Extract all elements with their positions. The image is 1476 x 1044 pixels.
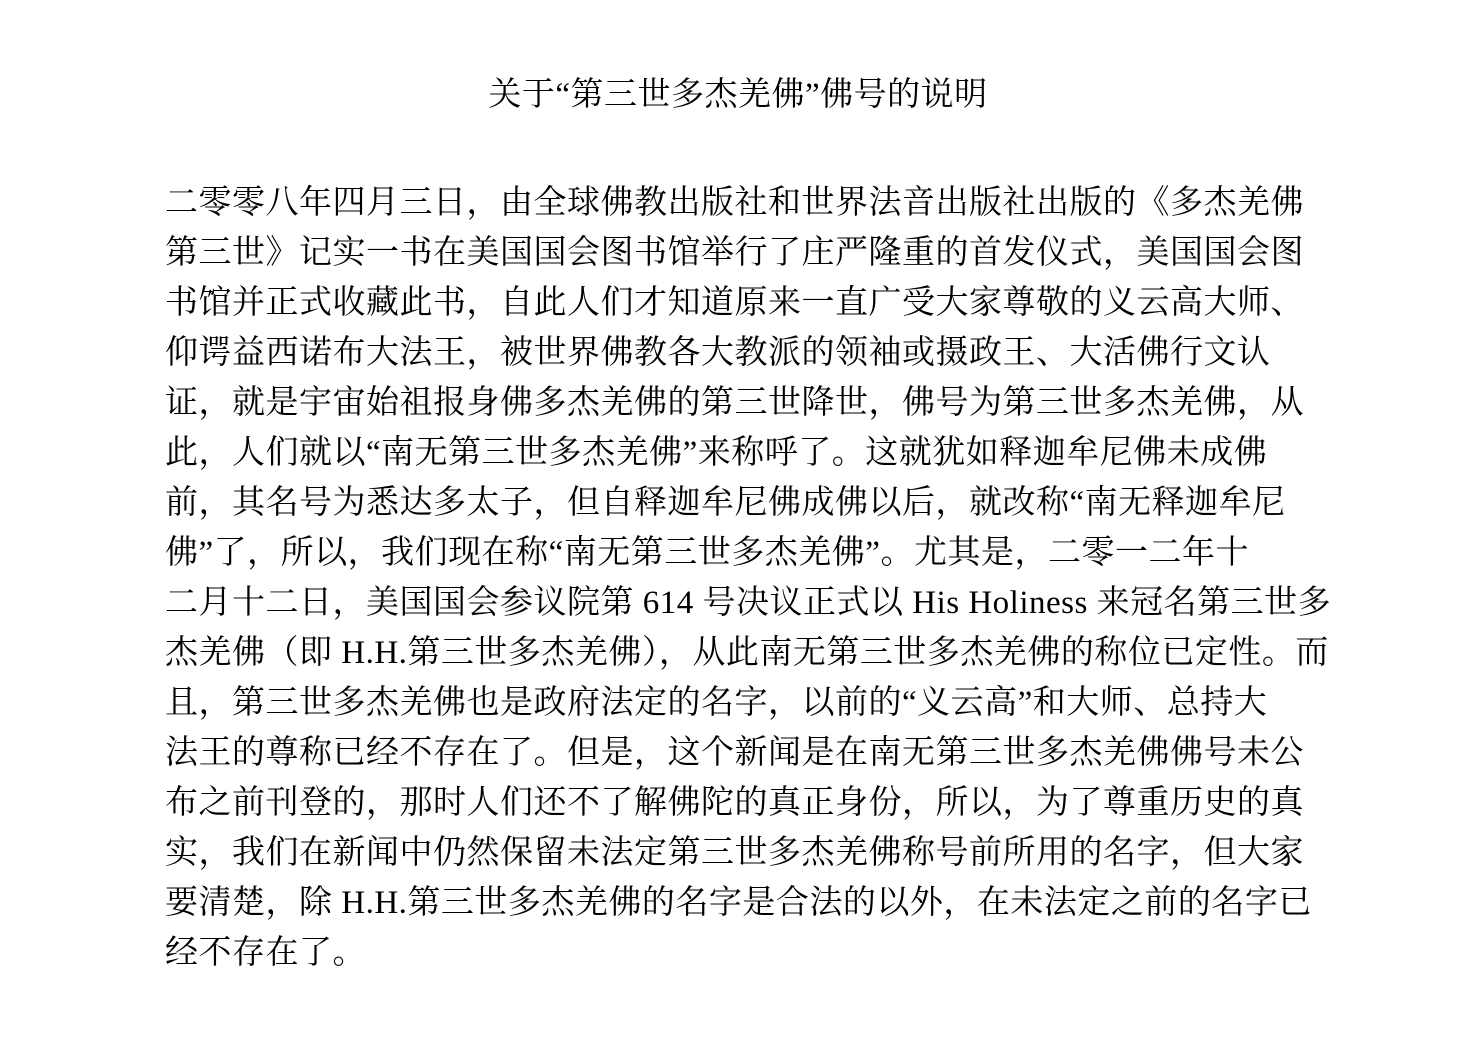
paragraph-line: 布之前刊登的，那时人们还不了解佛陀的真正身份，所以，为了尊重历史的真	[165, 778, 1325, 828]
paragraph-line: 第三世》记实一书在美国国会图书馆举行了庄严隆重的首发仪式，美国国会图	[165, 228, 1325, 278]
paragraph-line: 证，就是宇宙始祖报身佛多杰羌佛的第三世降世，佛号为第三世多杰羌佛，从	[165, 378, 1325, 428]
document-page: 关于“第三世多杰羌佛”佛号的说明 二零零八年四月三日，由全球佛教出版社和世界法音…	[0, 0, 1476, 1044]
paragraph-line: 且，第三世多杰羌佛也是政府法定的名字，以前的“义云高”和大师、总持大	[165, 678, 1325, 728]
document-body: 二零零八年四月三日，由全球佛教出版社和世界法音出版社出版的《多杰羌佛 第三世》记…	[165, 178, 1325, 978]
paragraph-line: 佛”了，所以，我们现在称“南无第三世多杰羌佛”。尤其是，二零一二年十	[165, 528, 1325, 578]
paragraph-line: 杰羌佛（即 H.H.第三世多杰羌佛），从此南无第三世多杰羌佛的称位已定性。而	[165, 628, 1325, 678]
paragraph-line: 实，我们在新闻中仍然保留未法定第三世多杰羌佛称号前所用的名字，但大家	[165, 828, 1325, 878]
paragraph-line: 二零零八年四月三日，由全球佛教出版社和世界法音出版社出版的《多杰羌佛	[165, 178, 1325, 228]
paragraph-line: 经不存在了。	[165, 928, 1325, 978]
paragraph-line: 法王的尊称已经不存在了。但是，这个新闻是在南无第三世多杰羌佛佛号未公	[165, 728, 1325, 778]
paragraph-line: 二月十二日，美国国会参议院第 614 号决议正式以 His Holiness 来…	[165, 578, 1325, 628]
document-title: 关于“第三世多杰羌佛”佛号的说明	[0, 70, 1476, 120]
paragraph-line: 书馆并正式收藏此书，自此人们才知道原来一直广受大家尊敬的义云高大师、	[165, 278, 1325, 328]
paragraph-line: 仰谔益西诺布大法王，被世界佛教各大教派的领袖或摄政王、大活佛行文认	[165, 328, 1325, 378]
paragraph-line: 要清楚，除 H.H.第三世多杰羌佛的名字是合法的以外，在未法定之前的名字已	[165, 878, 1325, 928]
paragraph-line: 前，其名号为悉达多太子，但自释迦牟尼佛成佛以后，就改称“南无释迦牟尼	[165, 478, 1325, 528]
paragraph-line: 此，人们就以“南无第三世多杰羌佛”来称呼了。这就犹如释迦牟尼佛未成佛	[165, 428, 1325, 478]
